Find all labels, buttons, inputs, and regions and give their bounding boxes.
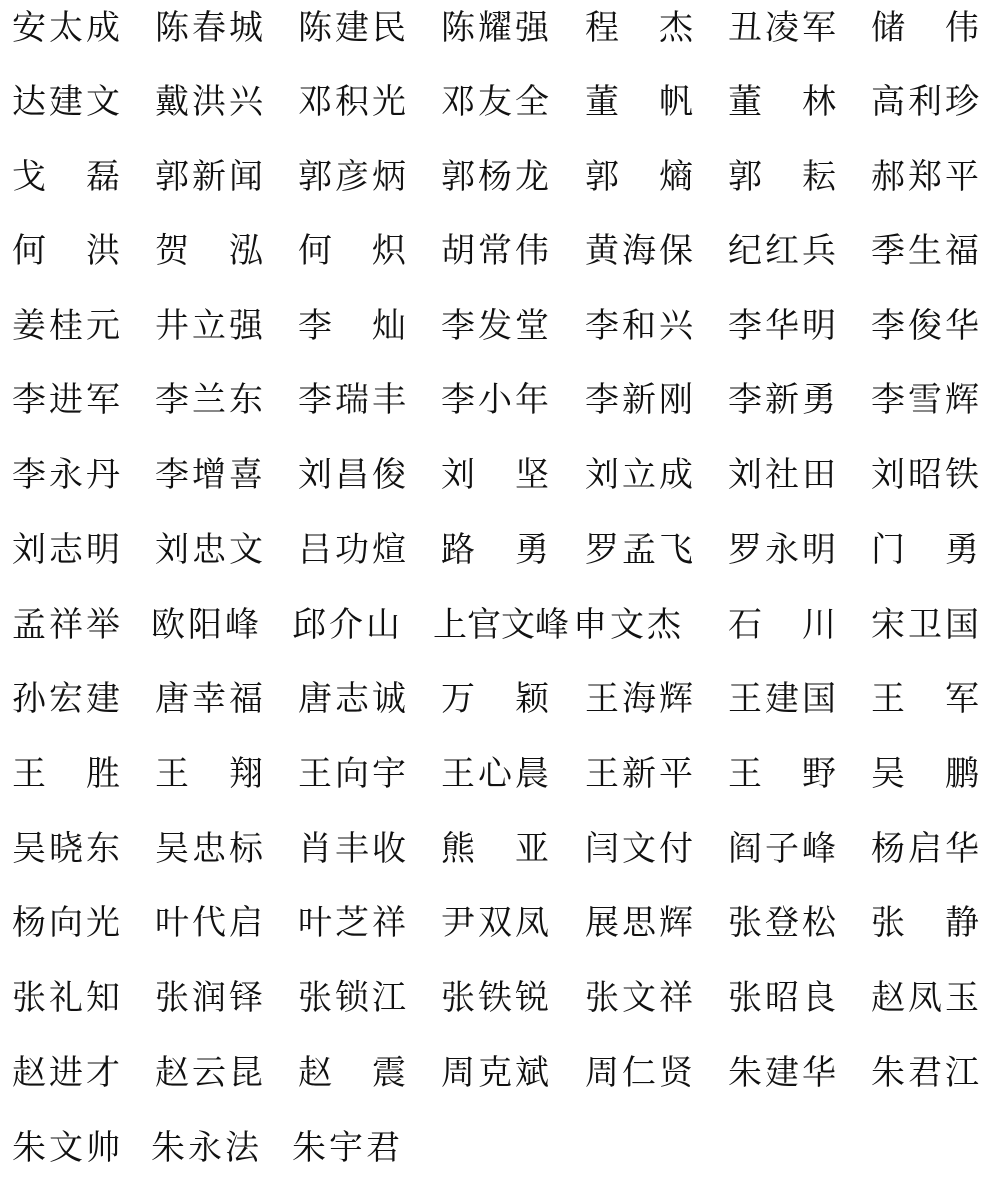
name-character: 铁	[478, 973, 512, 1023]
name-character: 吴	[155, 824, 189, 874]
name-entry: 叶代启	[155, 898, 263, 948]
name-character: 刘	[12, 525, 46, 575]
name-entry: 赵进才	[12, 1048, 120, 1098]
name-entry: 门勇	[871, 525, 979, 575]
name-character: 芝	[335, 898, 369, 948]
name-character: 尹	[441, 898, 475, 948]
name-character: 郭	[585, 152, 619, 202]
name-character: 保	[659, 226, 693, 276]
name-character: 郭	[441, 152, 475, 202]
name-character: 张	[728, 973, 762, 1023]
name-character: 明	[86, 525, 120, 575]
name-character: 铁	[945, 450, 979, 500]
name-entry: 李新勇	[728, 375, 836, 425]
name-entry: 刘社田	[728, 450, 836, 500]
name-character: 李	[298, 301, 332, 351]
name-entry: 黄海保	[585, 226, 693, 276]
name-character: 李	[871, 301, 905, 351]
name-character: 李	[12, 450, 46, 500]
name-entry: 孙宏建	[12, 674, 120, 724]
name-entry: 董林	[728, 77, 836, 127]
name-character: 忠	[192, 525, 226, 575]
name-character: 陈	[155, 3, 189, 53]
name-character: 耀	[478, 3, 512, 53]
name-character: 董	[585, 77, 619, 127]
name-character: 王	[585, 749, 619, 799]
name-entry: 唐志诚	[298, 674, 406, 724]
name-character: 帅	[86, 1123, 120, 1173]
name-character: 赵	[871, 973, 905, 1023]
name-entry: 张礼知	[12, 973, 120, 1023]
name-character: 川	[802, 600, 836, 650]
name-character: 昭	[765, 973, 799, 1023]
name-character: 新	[622, 375, 656, 425]
name-entry: 张登松	[728, 898, 836, 948]
name-entry: 展思辉	[585, 898, 693, 948]
name-entry: 李和兴	[585, 301, 693, 351]
name-character: 辉	[945, 375, 979, 425]
name-character: 进	[49, 1048, 83, 1098]
name-character: 良	[802, 973, 836, 1023]
name-character: 成	[659, 450, 693, 500]
name-character: 付	[659, 824, 693, 874]
name-character: 周	[441, 1048, 475, 1098]
name-character: 贺	[155, 226, 189, 276]
name-character: 静	[945, 898, 979, 948]
name-character: 帆	[659, 77, 693, 127]
name-character: 锐	[515, 973, 549, 1023]
name-character: 刚	[659, 375, 693, 425]
name-character: 王	[585, 674, 619, 724]
name-character: 储	[871, 3, 905, 53]
name-entry: 闫文付	[585, 824, 693, 874]
name-character: 松	[802, 898, 836, 948]
name-entry: 王海辉	[585, 674, 693, 724]
name-character: 永	[49, 450, 83, 500]
name-entry: 罗永明	[728, 525, 836, 575]
name-character: 文	[622, 973, 656, 1023]
name-character: 龙	[515, 152, 549, 202]
name-character: 炳	[372, 152, 406, 202]
name-character: 申	[573, 600, 607, 650]
name-entry: 朱君江	[871, 1048, 979, 1098]
name-character: 孙	[12, 674, 46, 724]
name-entry: 阎子峰	[728, 824, 836, 874]
name-character: 凌	[765, 3, 799, 53]
name-character: 积	[335, 77, 369, 127]
name-character: 民	[372, 3, 406, 53]
name-entry: 刘昌俊	[298, 450, 406, 500]
name-character: 华	[945, 301, 979, 351]
name-character: 宇	[372, 749, 406, 799]
name-entry: 储伟	[871, 3, 979, 53]
name-character: 国	[802, 674, 836, 724]
name-character: 桂	[49, 301, 83, 351]
name-character: 邱	[292, 600, 326, 650]
name-character: 戴	[155, 77, 189, 127]
name-character: 生	[908, 226, 942, 276]
name-character: 勇	[945, 525, 979, 575]
name-entry: 何洪	[12, 226, 120, 276]
name-character: 收	[372, 824, 406, 874]
name-character: 郭	[728, 152, 762, 202]
name-character: 郭	[155, 152, 189, 202]
name-character: 孟	[622, 525, 656, 575]
name-character: 海	[622, 674, 656, 724]
name-character: 云	[192, 1048, 226, 1098]
name-entry: 刘坚	[441, 450, 549, 500]
name-entry: 邓积光	[298, 77, 406, 127]
name-character: 野	[802, 749, 836, 799]
name-character: 峰	[535, 600, 569, 650]
name-entry: 王心晨	[441, 749, 549, 799]
name-entry: 季生福	[871, 226, 979, 276]
name-entry: 李发堂	[441, 301, 549, 351]
name-character: 纪	[728, 226, 762, 276]
name-entry: 李俊华	[871, 301, 979, 351]
name-character: 亚	[515, 824, 549, 874]
name-character: 君	[908, 1048, 942, 1098]
name-character: 子	[765, 824, 799, 874]
name-entry: 王向宇	[298, 749, 406, 799]
name-character: 贤	[659, 1048, 693, 1098]
name-entry: 张润铎	[155, 973, 263, 1023]
name-entry: 周仁贤	[585, 1048, 693, 1098]
name-entry: 上官文峰	[433, 600, 575, 650]
name-character: 李	[441, 301, 475, 351]
name-character: 强	[229, 301, 263, 351]
name-character: 灿	[372, 301, 406, 351]
name-entry: 吴鹏	[871, 749, 979, 799]
name-character: 丰	[372, 375, 406, 425]
name-entry: 张锁江	[298, 973, 406, 1023]
name-entry: 万颖	[441, 674, 549, 724]
name-character: 雪	[908, 375, 942, 425]
name-entry: 戴洪兴	[155, 77, 263, 127]
name-entry: 朱文帅	[12, 1123, 120, 1173]
name-character: 达	[12, 77, 46, 127]
name-character: 井	[155, 301, 189, 351]
name-character: 万	[441, 674, 475, 724]
name-character: 叶	[298, 898, 332, 948]
name-character: 润	[192, 973, 226, 1023]
name-character: 福	[229, 674, 263, 724]
name-character: 颖	[515, 674, 549, 724]
name-character: 杨	[12, 898, 46, 948]
name-character: 伟	[515, 226, 549, 276]
name-character: 功	[335, 525, 369, 575]
name-character: 朱	[12, 1123, 46, 1173]
name-character: 炽	[372, 226, 406, 276]
name-character: 王	[155, 749, 189, 799]
name-character: 礼	[49, 973, 83, 1023]
name-character: 朱	[871, 1048, 905, 1098]
name-character: 昌	[335, 450, 369, 500]
name-character: 才	[86, 1048, 120, 1098]
name-character: 俊	[372, 450, 406, 500]
name-entry: 吕功煊	[298, 525, 406, 575]
name-entry: 姜桂元	[12, 301, 120, 351]
name-character: 启	[908, 824, 942, 874]
name-entry: 李小年	[441, 375, 549, 425]
name-character: 登	[765, 898, 799, 948]
name-character: 华	[802, 1048, 836, 1098]
name-entry: 李雪辉	[871, 375, 979, 425]
name-character: 喜	[229, 450, 263, 500]
name-character: 双	[478, 898, 512, 948]
name-character: 兵	[802, 226, 836, 276]
name-character: 利	[908, 77, 942, 127]
name-character: 常	[478, 226, 512, 276]
name-entry: 王胜	[12, 749, 120, 799]
name-entry: 朱建华	[728, 1048, 836, 1098]
name-character: 国	[945, 600, 979, 650]
name-entry: 周克斌	[441, 1048, 549, 1098]
name-entry: 王翔	[155, 749, 263, 799]
name-entry: 杨向光	[12, 898, 120, 948]
name-character: 峰	[802, 824, 836, 874]
name-entry: 李瑞丰	[298, 375, 406, 425]
name-character: 刘	[728, 450, 762, 500]
name-character: 峰	[225, 600, 259, 650]
name-character: 程	[585, 3, 619, 53]
name-character: 罗	[728, 525, 762, 575]
name-entry: 郭新闻	[155, 152, 263, 202]
name-entry: 杨启华	[871, 824, 979, 874]
name-entry: 赵云昆	[155, 1048, 263, 1098]
name-character: 文	[501, 600, 535, 650]
name-character: 永	[188, 1123, 222, 1173]
name-character: 姜	[12, 301, 46, 351]
name-character: 杰	[659, 3, 693, 53]
name-character: 东	[229, 375, 263, 425]
name-character: 郭	[298, 152, 332, 202]
name-character: 成	[86, 3, 120, 53]
name-character: 宏	[49, 674, 83, 724]
name-character: 思	[622, 898, 656, 948]
name-entry: 李新刚	[585, 375, 693, 425]
name-entry: 赵凤玉	[871, 973, 979, 1023]
name-entry: 纪红兵	[728, 226, 836, 276]
name-character: 董	[728, 77, 762, 127]
name-character: 吴	[12, 824, 46, 874]
name-entry: 戈磊	[12, 152, 120, 202]
name-character: 诚	[372, 674, 406, 724]
name-entry: 安太成	[12, 3, 120, 53]
name-character: 肖	[298, 824, 332, 874]
name-character: 陈	[441, 3, 475, 53]
name-entry: 吴晓东	[12, 824, 120, 874]
name-character: 俊	[908, 301, 942, 351]
name-character: 伟	[945, 3, 979, 53]
name-character: 刘	[155, 525, 189, 575]
name-character: 阎	[728, 824, 762, 874]
name-character: 刘	[585, 450, 619, 500]
name-character: 赵	[12, 1048, 46, 1098]
name-entry: 郭熵	[585, 152, 693, 202]
name-character: 张	[871, 898, 905, 948]
name-character: 铎	[229, 973, 263, 1023]
name-character: 知	[86, 973, 120, 1023]
name-character: 泓	[229, 226, 263, 276]
name-character: 全	[515, 77, 549, 127]
name-character: 田	[802, 450, 836, 500]
name-character: 建	[335, 3, 369, 53]
name-character: 李	[728, 375, 762, 425]
name-entry: 李增喜	[155, 450, 263, 500]
name-entry: 肖丰收	[298, 824, 406, 874]
name-entry: 路勇	[441, 525, 549, 575]
name-character: 李	[12, 375, 46, 425]
name-character: 王	[728, 674, 762, 724]
name-character: 丑	[728, 3, 762, 53]
name-character: 季	[871, 226, 905, 276]
name-character: 路	[441, 525, 475, 575]
name-entry: 石川	[728, 600, 836, 650]
name-character: 昭	[908, 450, 942, 500]
name-character: 孟	[12, 600, 46, 650]
name-character: 刘	[441, 450, 475, 500]
name-character: 熵	[659, 152, 693, 202]
name-character: 社	[765, 450, 799, 500]
name-character: 欧	[151, 600, 185, 650]
name-entry: 刘昭铁	[871, 450, 979, 500]
name-entry: 赵震	[298, 1048, 406, 1098]
name-character: 煊	[372, 525, 406, 575]
name-character: 江	[945, 1048, 979, 1098]
name-character: 鹏	[945, 749, 979, 799]
name-character: 凤	[515, 898, 549, 948]
name-entry: 孟祥举	[12, 600, 120, 650]
name-entry: 熊亚	[441, 824, 549, 874]
name-character: 安	[12, 3, 46, 53]
name-character: 罗	[585, 525, 619, 575]
name-entry: 欧阳峰	[151, 600, 259, 650]
name-character: 唐	[155, 674, 189, 724]
name-entry: 朱永法	[151, 1123, 259, 1173]
name-character: 红	[765, 226, 799, 276]
name-character: 邓	[441, 77, 475, 127]
name-character: 张	[728, 898, 762, 948]
name-character: 光	[86, 898, 120, 948]
name-character: 山	[366, 600, 400, 650]
name-character: 戈	[12, 152, 46, 202]
name-character: 朱	[728, 1048, 762, 1098]
name-character: 军	[802, 3, 836, 53]
name-character: 锁	[335, 973, 369, 1023]
name-character: 何	[298, 226, 332, 276]
name-character: 太	[49, 3, 83, 53]
name-character: 新	[192, 152, 226, 202]
name-character: 介	[329, 600, 363, 650]
name-character: 堂	[515, 301, 549, 351]
name-character: 李	[585, 301, 619, 351]
name-entry: 李兰东	[155, 375, 263, 425]
name-entry: 叶芝祥	[298, 898, 406, 948]
name-entry: 吴忠标	[155, 824, 263, 874]
name-character: 文	[49, 1123, 83, 1173]
name-character: 宇	[329, 1123, 363, 1173]
name-character: 建	[765, 1048, 799, 1098]
name-character: 珍	[945, 77, 979, 127]
name-character: 王	[871, 674, 905, 724]
name-character: 举	[86, 600, 120, 650]
name-character: 华	[765, 301, 799, 351]
name-entry: 张昭良	[728, 973, 836, 1023]
name-entry: 高利珍	[871, 77, 979, 127]
name-character: 向	[335, 749, 369, 799]
name-character: 晨	[515, 749, 549, 799]
name-character: 增	[192, 450, 226, 500]
name-character: 城	[229, 3, 263, 53]
name-character: 吕	[298, 525, 332, 575]
name-character: 新	[622, 749, 656, 799]
name-character: 彦	[335, 152, 369, 202]
name-character: 郝	[871, 152, 905, 202]
name-entry: 王军	[871, 674, 979, 724]
name-character: 光	[372, 77, 406, 127]
name-character: 李	[298, 375, 332, 425]
name-character: 王	[728, 749, 762, 799]
name-character: 兴	[659, 301, 693, 351]
name-character: 杨	[478, 152, 512, 202]
name-entry: 李华明	[728, 301, 836, 351]
name-character: 军	[945, 674, 979, 724]
name-character: 明	[802, 525, 836, 575]
name-entry: 程杰	[585, 3, 693, 53]
name-character: 晓	[49, 824, 83, 874]
name-character: 江	[372, 973, 406, 1023]
name-character: 李	[441, 375, 475, 425]
name-character: 仁	[622, 1048, 656, 1098]
name-character: 平	[659, 749, 693, 799]
name-character: 文	[610, 600, 644, 650]
name-entry: 井立强	[155, 301, 263, 351]
name-character: 春	[192, 3, 226, 53]
name-character: 勇	[515, 525, 549, 575]
name-character: 丹	[86, 450, 120, 500]
name-character: 昆	[229, 1048, 263, 1098]
name-character: 明	[802, 301, 836, 351]
name-character: 王	[298, 749, 332, 799]
name-entry: 何炽	[298, 226, 406, 276]
name-entry: 李进军	[12, 375, 120, 425]
name-character: 文	[622, 824, 656, 874]
name-character: 吴	[871, 749, 905, 799]
name-character: 郑	[908, 152, 942, 202]
name-character: 代	[192, 898, 226, 948]
name-character: 勇	[802, 375, 836, 425]
name-character: 法	[225, 1123, 259, 1173]
name-character: 唐	[298, 674, 332, 724]
name-character: 何	[12, 226, 46, 276]
name-character: 心	[478, 749, 512, 799]
name-character: 阳	[188, 600, 222, 650]
name-entry: 郝郑平	[871, 152, 979, 202]
name-character: 震	[372, 1048, 406, 1098]
name-character: 幸	[192, 674, 226, 724]
name-entry: 罗孟飞	[585, 525, 693, 575]
name-character: 李	[155, 450, 189, 500]
name-character: 林	[802, 77, 836, 127]
name-character: 官	[467, 600, 501, 650]
name-character: 李	[155, 375, 189, 425]
name-character: 立	[192, 301, 226, 351]
name-entry: 胡常伟	[441, 226, 549, 276]
name-entry: 陈耀强	[441, 3, 549, 53]
name-entry: 张铁锐	[441, 973, 549, 1023]
name-character: 黄	[585, 226, 619, 276]
